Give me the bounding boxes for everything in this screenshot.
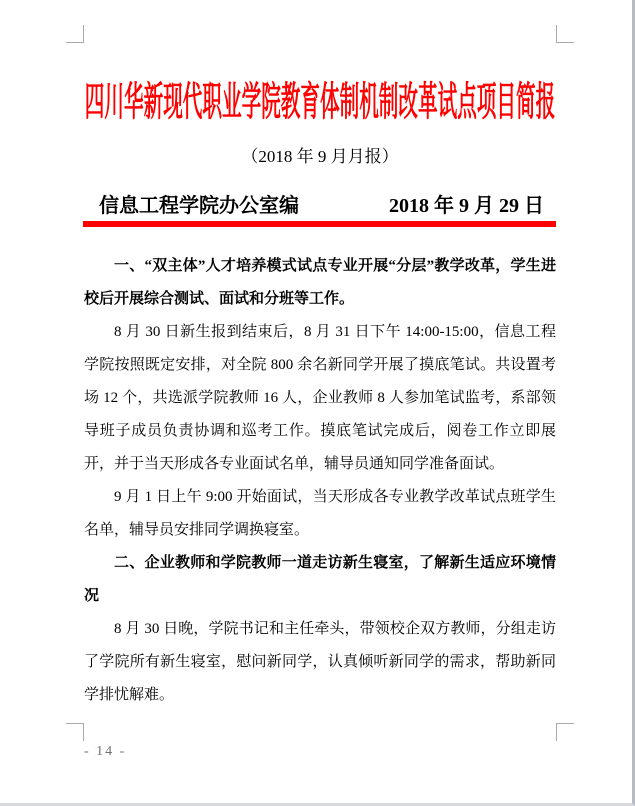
- document-page: 四川华新现代职业学院教育体制机制改革试点项目简报 （2018 年 9 月月报） …: [0, 0, 635, 806]
- document-title-text: 四川华新现代职业学院教育体制机制改革试点项目简报: [85, 70, 555, 127]
- section-heading-1: 一、“双主体”人才培养模式试点专业开展“分层”教学改革，学生进校后开展综合测试、…: [84, 250, 556, 316]
- section-heading-2: 二、企业教师和学院教师一道走访新生寝室，了解新生适应环境情况: [84, 547, 556, 613]
- paragraph-interview: 9 月 1 日上午 9:00 开始面试，当天形成各专业教学改革试点班学生名单，辅…: [84, 481, 556, 547]
- document-title: 四川华新现代职业学院教育体制机制改革试点项目简报: [84, 70, 556, 126]
- page-number: - 14 -: [84, 744, 126, 760]
- crop-mark-bottom-left: [66, 723, 84, 741]
- issue-date: 2018 年 9 月 29 日: [389, 192, 544, 220]
- paragraph-dorm-visit: 8 月 30 日晚，学院书记和主任牵头，带领校企双方教师，分组走访了学院所有新生…: [84, 613, 556, 712]
- document-body: 一、“双主体”人才培养模式试点专业开展“分层”教学改革，学生进校后开展综合测试、…: [84, 250, 556, 712]
- crop-mark-top-left: [66, 25, 84, 43]
- crop-mark-top-right: [556, 25, 574, 43]
- editor-label: 信息工程学院办公室编: [99, 192, 299, 220]
- header-divider-rule: [83, 221, 556, 227]
- crop-mark-bottom-right: [556, 723, 574, 741]
- paragraph-written-test: 8 月 30 日新生报到结束后，8 月 31 日下午 14:00-15:00，信…: [84, 316, 556, 481]
- editor-date-row: 信息工程学院办公室编 2018 年 9 月 29 日: [84, 192, 556, 220]
- document-subtitle: （2018 年 9 月月报）: [84, 144, 556, 170]
